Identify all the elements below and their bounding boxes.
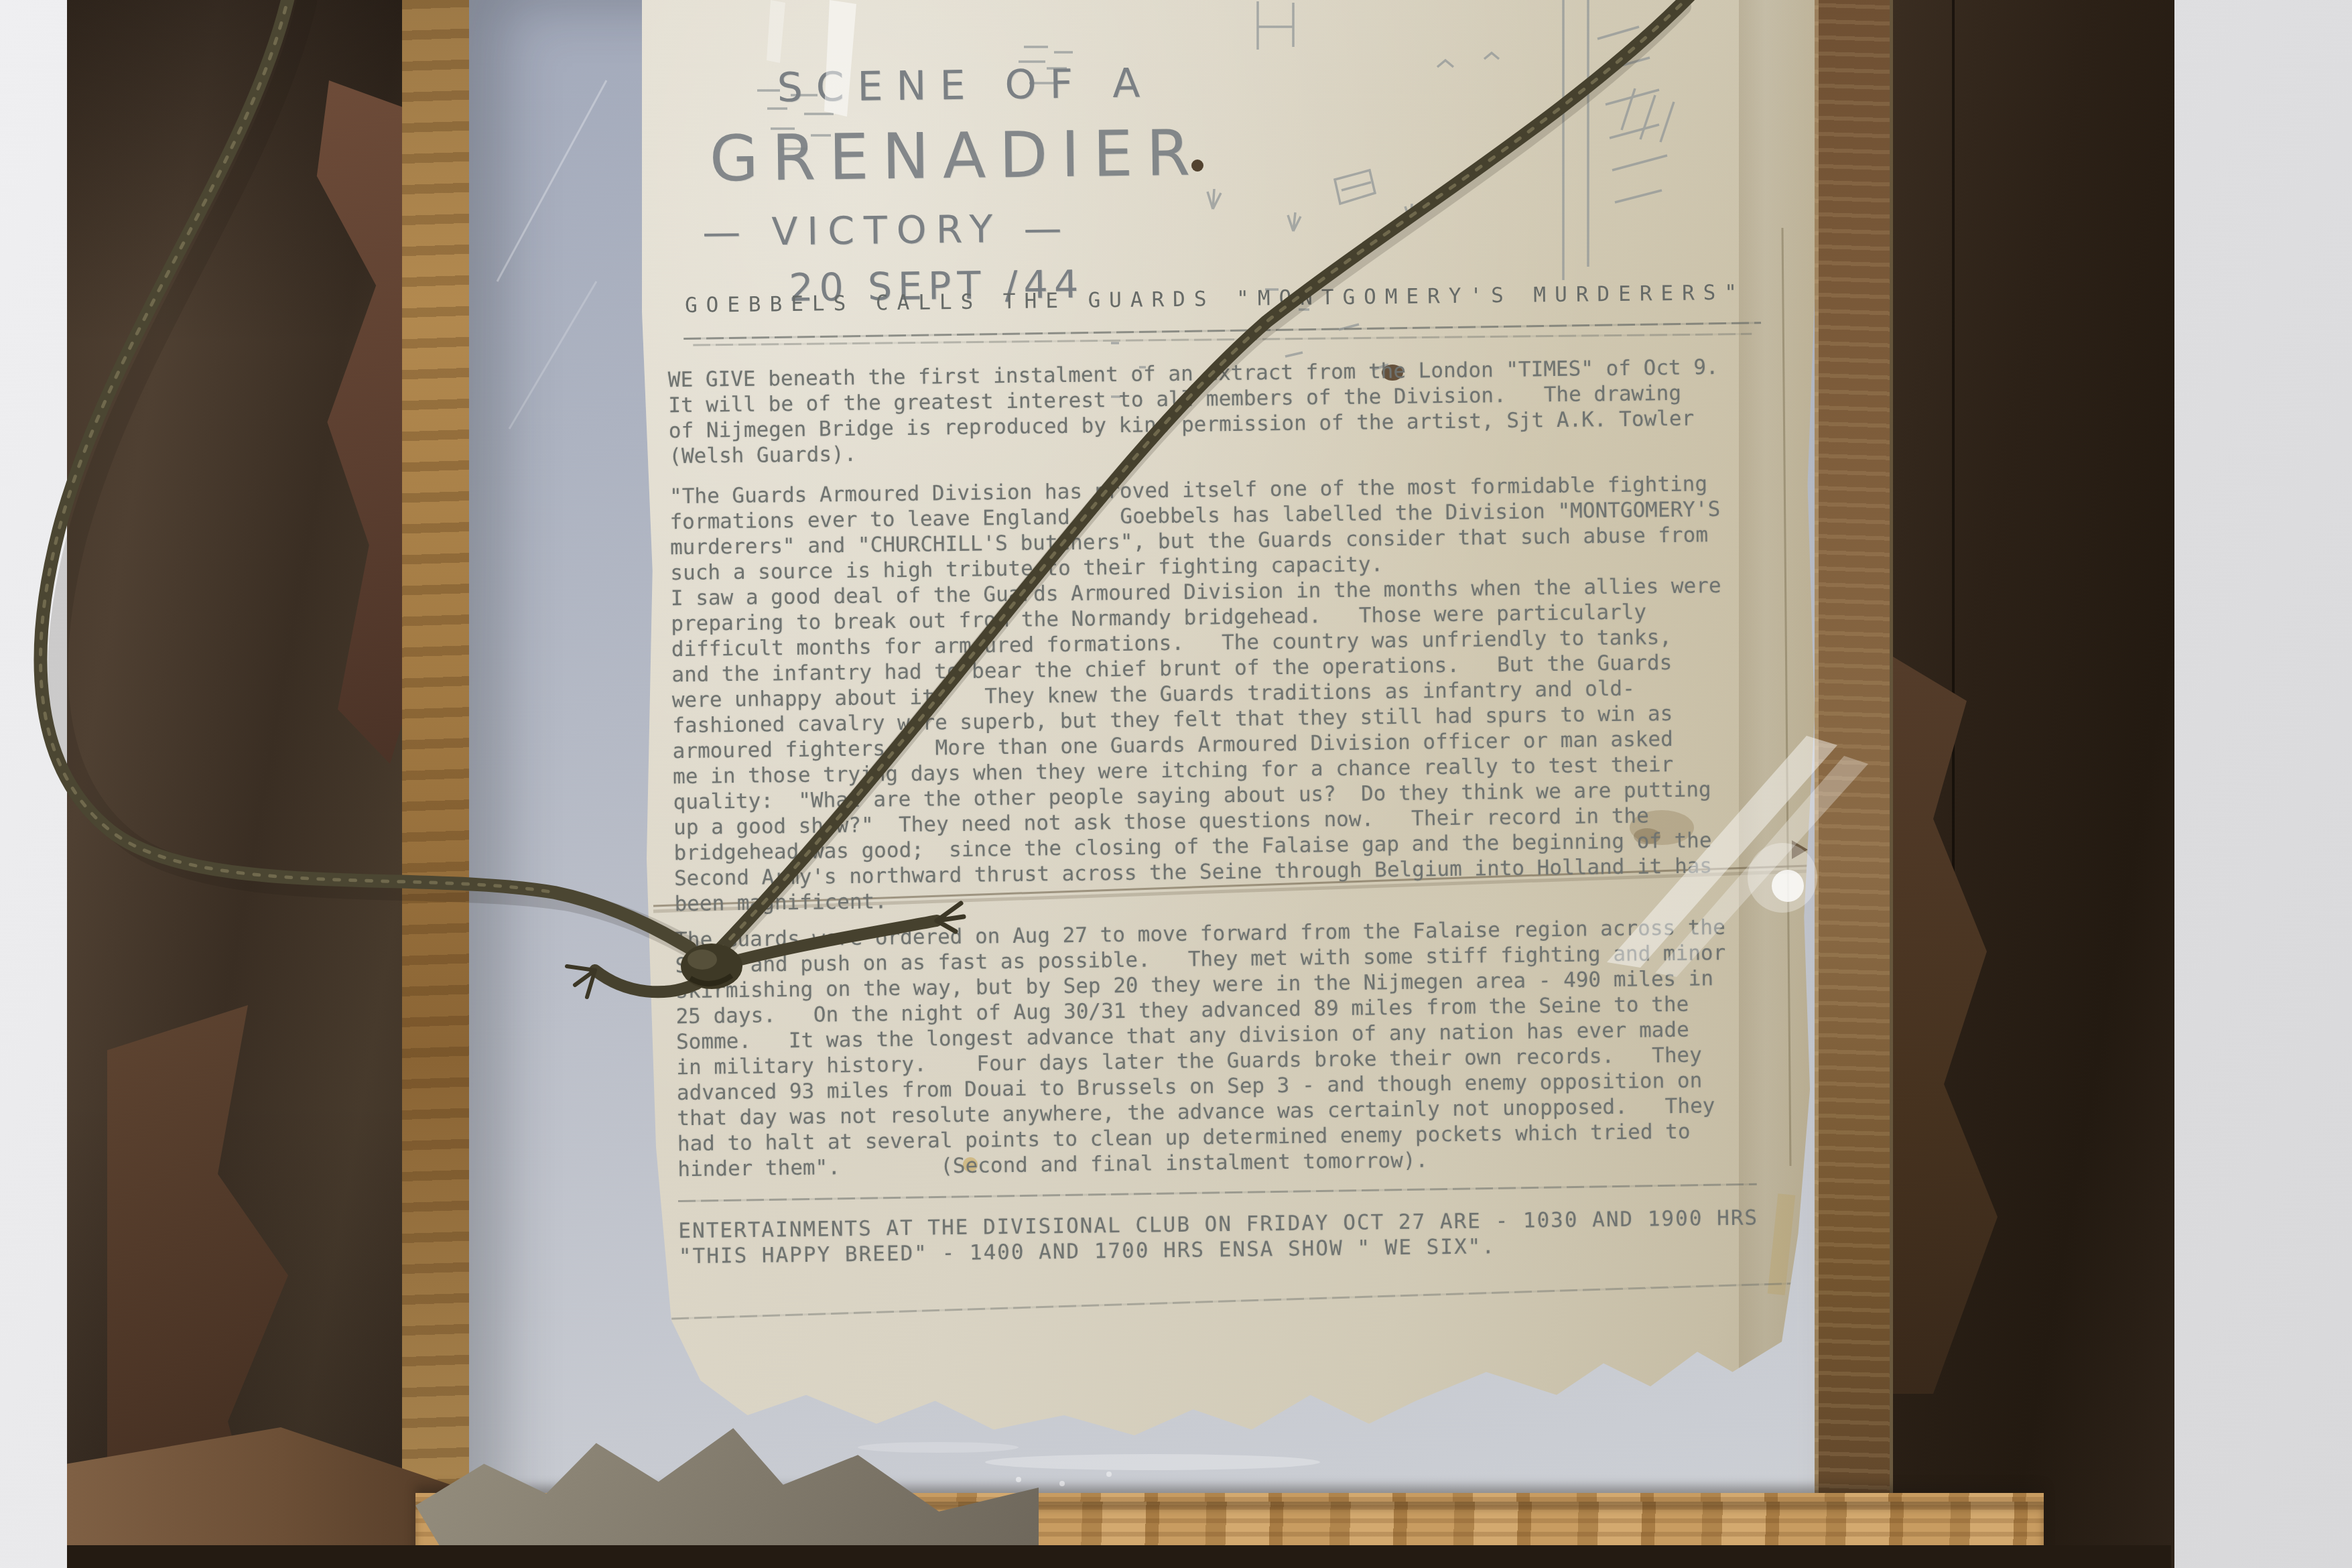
cord-knot <box>681 943 742 989</box>
cord-left-loop <box>41 0 690 948</box>
cord-frayed-end <box>937 903 964 931</box>
cord-tail <box>595 970 697 992</box>
cord-tail-frayed <box>567 966 595 997</box>
cord-diagonal <box>712 0 1692 958</box>
framed-newsletter-photo: SCENE OF A GRENADIER — VICTORY — 20 SEPT… <box>0 0 2352 1568</box>
hanging-cord <box>0 0 2352 1568</box>
cord-branch <box>730 921 937 962</box>
